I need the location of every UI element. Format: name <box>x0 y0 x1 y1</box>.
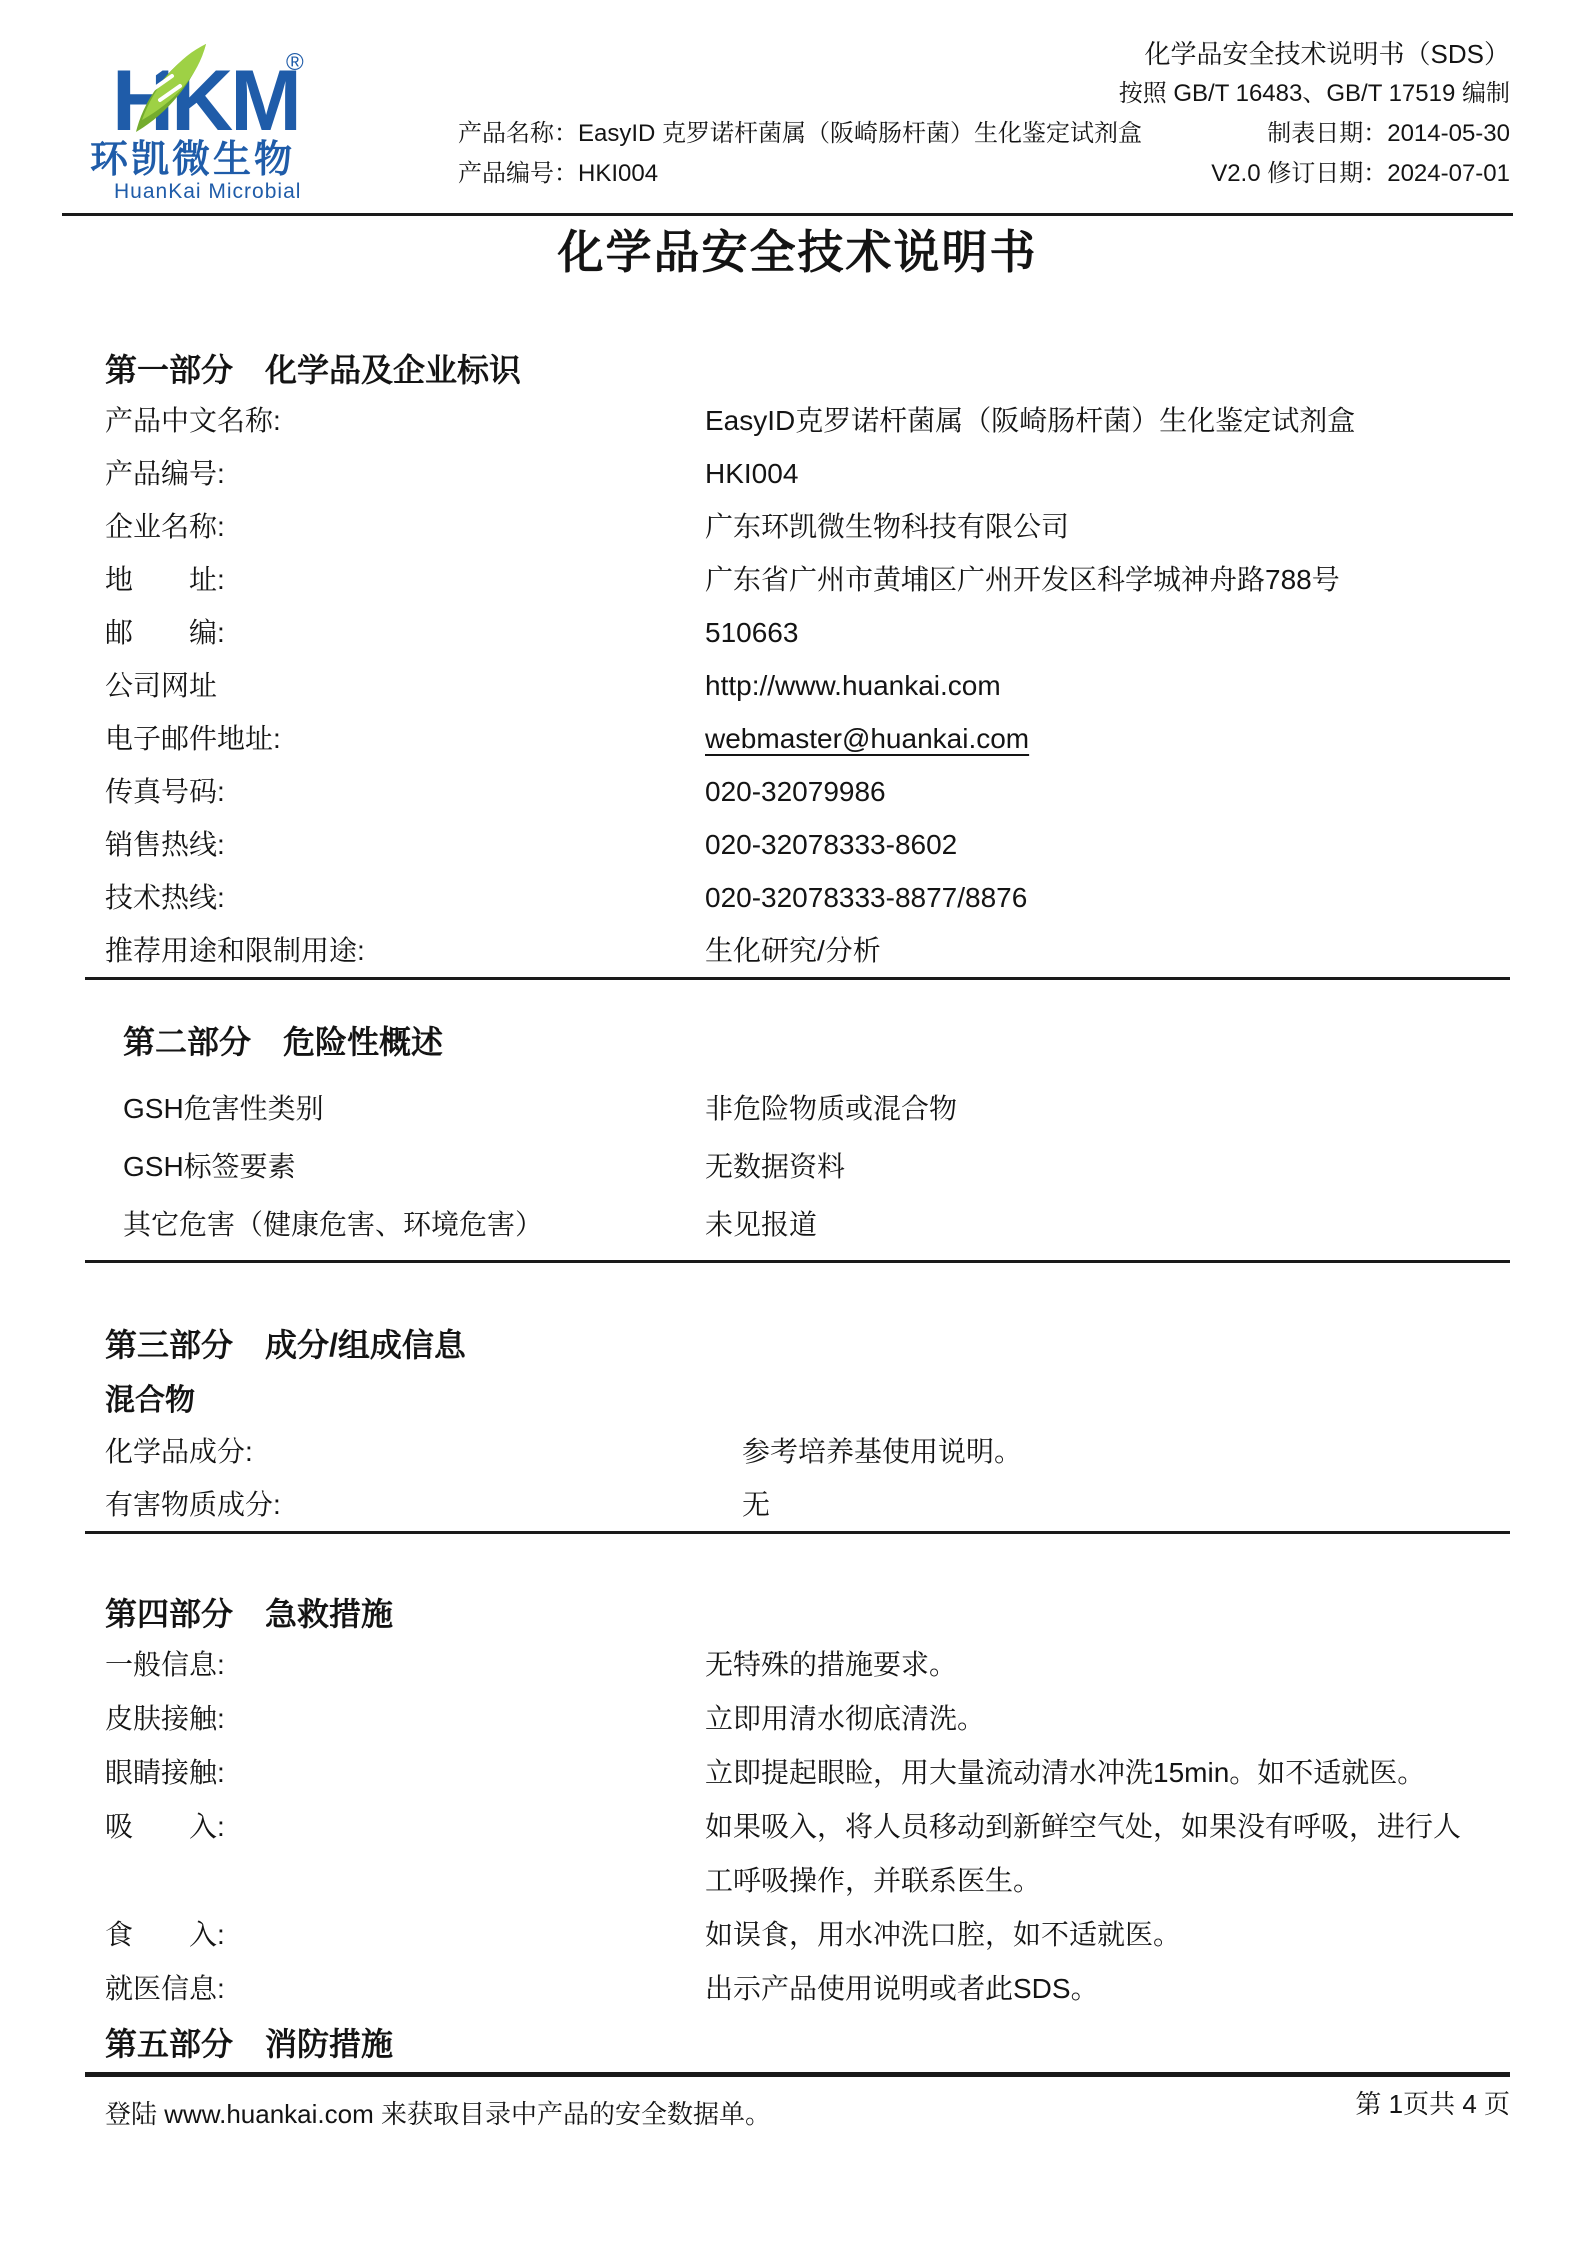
row-ingestion: 食 入: 如误食，用水冲洗口腔，如不适就医。 <box>85 1908 1510 1962</box>
header-divider <box>62 213 1513 216</box>
row-general-info: 一般信息: 无特殊的措施要求。 <box>85 1638 1510 1692</box>
header-doc-type: 化学品安全技术说明书（SDS） <box>458 34 1510 74</box>
row-inhalation: 吸 入: 如果吸入，将人员移动到新鲜空气处，如果没有呼吸，进行人工呼吸操作，并联… <box>85 1800 1510 1908</box>
footer-note: 登陆 www.huankai.com 来获取目录中产品的安全数据单。 <box>85 2097 771 2131</box>
field-value: 无 <box>742 1478 1510 1531</box>
field-label: 就医信息: <box>105 1962 705 2016</box>
field-label: 眼睛接触: <box>105 1746 705 1800</box>
field-value: HKI004 <box>705 447 1510 500</box>
row-email: 电子邮件地址: webmaster@huankai.com <box>85 712 1510 765</box>
field-label: 皮肤接触: <box>105 1692 705 1746</box>
field-label: 化学品成分: <box>105 1425 742 1478</box>
website-link[interactable]: http://www.huankai.com <box>705 659 1510 712</box>
registered-trademark-icon: ® <box>286 49 304 76</box>
field-value: 020-32079986 <box>705 765 1510 818</box>
field-value: 如果吸入，将人员移动到新鲜空气处，如果没有呼吸，进行人工呼吸操作，并联系医生。 <box>705 1800 1475 1908</box>
header-standard: 按照 GB/T 16483、GB/T 17519 编制 <box>458 74 1510 114</box>
field-value: 出示产品使用说明或者此SDS。 <box>705 1962 1510 2016</box>
field-value: 立即提起眼睑，用大量流动清水冲洗15min。如不适就医。 <box>705 1746 1510 1800</box>
field-value: EasyID克罗诺杆菌属（阪崎肠杆菌）生化鉴定试剂盒 <box>705 394 1510 447</box>
row-fax: 传真号码: 020-32079986 <box>85 765 1510 818</box>
row-ghs-class: GSH危害性类别 非危险物质或混合物 <box>85 1080 1510 1138</box>
field-value: 广东环凯微生物科技有限公司 <box>705 500 1510 553</box>
row-medical-info: 就医信息: 出示产品使用说明或者此SDS。 <box>85 1962 1510 2016</box>
row-product-code: 产品编号: HKI004 <box>85 447 1510 500</box>
row-address: 地 址: 广东省广州市黄埔区广州开发区科学城神舟路788号 <box>85 553 1510 606</box>
page-number: 第 1页共 4 页 <box>1355 2087 1510 2121</box>
logo-cn-name: 环凯微生物 <box>90 139 295 181</box>
field-label: 电子邮件地址: <box>105 712 705 765</box>
section-hazards-overview: 第二部分 危险性概述 GSH危害性类别 非危险物质或混合物 GSH标签要素 无数… <box>85 1022 1510 1263</box>
field-label: 传真号码: <box>105 765 705 818</box>
field-label: 其它危害（健康危害、环境危害） <box>123 1196 705 1254</box>
row-website: 公司网址 http://www.huankai.com <box>85 659 1510 712</box>
hkm-logo-graphic: HKM ® 环凯微生物 HuanKai Microbial <box>74 34 324 204</box>
field-value: 510663 <box>705 606 1510 659</box>
row-recommended-use: 推荐用途和限制用途: 生化研究/分析 <box>85 924 1510 977</box>
email-link[interactable]: webmaster@huankai.com <box>705 712 1510 765</box>
field-value: 无特殊的措施要求。 <box>705 1638 1510 1692</box>
section-first-aid: 第四部分 急救措施 一般信息: 无特殊的措施要求。 皮肤接触: 立即用清水彻底清… <box>85 1594 1510 2016</box>
field-label: 企业名称: <box>105 500 705 553</box>
field-value: 参考培养基使用说明。 <box>742 1425 1510 1478</box>
field-label: 有害物质成分: <box>105 1478 742 1531</box>
row-skin-contact: 皮肤接触: 立即用清水彻底清洗。 <box>85 1692 1510 1746</box>
logo-en-name: HuanKai Microbial <box>114 180 301 203</box>
field-label: 产品中文名称: <box>105 394 705 447</box>
section-fire-fighting: 第五部分 消防措施 <box>85 2024 1510 2064</box>
footer-divider <box>85 2072 1510 2077</box>
field-label: 一般信息: <box>105 1638 705 1692</box>
row-hazardous-components: 有害物质成分: 无 <box>85 1478 1510 1531</box>
field-label: 吸 入: <box>105 1800 705 1908</box>
section2-heading: 第二部分 危险性概述 <box>85 1022 1510 1062</box>
field-value: 无数据资料 <box>705 1138 1510 1196</box>
page-footer: 登陆 www.huankai.com 来获取目录中产品的安全数据单。 第 1页共… <box>85 2087 1510 2131</box>
row-sales-hotline: 销售热线: 020-32078333-8602 <box>85 818 1510 871</box>
section-composition: 第三部分 成分/组成信息 混合物 化学品成分: 参考培养基使用说明。 有害物质成… <box>85 1325 1510 1534</box>
header-info: 化学品安全技术说明书（SDS） 按照 GB/T 16483、GB/T 17519… <box>458 34 1510 194</box>
row-company-name: 企业名称: 广东环凯微生物科技有限公司 <box>85 500 1510 553</box>
field-label: 技术热线: <box>105 871 705 924</box>
section2-divider <box>85 1260 1510 1263</box>
row-product-cn-name: 产品中文名称: EasyID克罗诺杆菌属（阪崎肠杆菌）生化鉴定试剂盒 <box>85 394 1510 447</box>
header-made-date: 制表日期：2014-05-30 <box>1267 114 1510 154</box>
header-product-name: 产品名称：EasyID 克罗诺杆菌属（阪崎肠杆菌）生化鉴定试剂盒 <box>458 114 1142 154</box>
field-value: 立即用清水彻底清洗。 <box>705 1692 1510 1746</box>
section3-divider <box>85 1531 1510 1534</box>
section4-heading: 第四部分 急救措施 <box>85 1594 1510 1634</box>
field-label: 邮 编: <box>105 606 705 659</box>
field-label: 销售热线: <box>105 818 705 871</box>
field-label: 推荐用途和限制用途: <box>105 924 705 977</box>
field-label: 公司网址 <box>105 659 705 712</box>
row-chem-composition: 化学品成分: 参考培养基使用说明。 <box>85 1425 1510 1478</box>
row-ghs-label-elements: GSH标签要素 无数据资料 <box>85 1138 1510 1196</box>
field-value: 未见报道 <box>705 1196 1510 1254</box>
field-value: 020-32078333-8602 <box>705 818 1510 871</box>
row-eye-contact: 眼睛接触: 立即提起眼睑，用大量流动清水冲洗15min。如不适就医。 <box>85 1746 1510 1800</box>
section1-divider <box>85 977 1510 980</box>
row-postcode: 邮 编: 510663 <box>85 606 1510 659</box>
field-value: 如误食，用水冲洗口腔，如不适就医。 <box>705 1908 1510 1962</box>
section-identification: 第一部分 化学品及企业标识 产品中文名称: EasyID克罗诺杆菌属（阪崎肠杆菌… <box>85 350 1510 980</box>
section3-heading: 第三部分 成分/组成信息 <box>85 1325 1510 1365</box>
header-product-code: 产品编号：HKI004 <box>458 154 658 194</box>
field-value: 020-32078333-8877/8876 <box>705 871 1510 924</box>
row-other-hazards: 其它危害（健康危害、环境危害） 未见报道 <box>85 1196 1510 1254</box>
field-label: 地 址: <box>105 553 705 606</box>
row-tech-hotline: 技术热线: 020-32078333-8877/8876 <box>85 871 1510 924</box>
mixture-subheading: 混合物 <box>85 1377 1510 1425</box>
sds-page: HKM ® 环凯微生物 HuanKai Microbial 化学品安全技术说明书… <box>0 0 1587 2245</box>
hkm-logo: HKM ® 环凯微生物 HuanKai Microbial <box>74 34 324 204</box>
field-label: 食 入: <box>105 1908 705 1962</box>
logo-hkm-text: HKM <box>112 53 299 149</box>
field-value: 生化研究/分析 <box>705 924 1510 977</box>
field-value: 广东省广州市黄埔区广州开发区科学城神舟路788号 <box>705 553 1510 606</box>
header-code-row: 产品编号：HKI004 V2.0 修订日期：2024-07-01 <box>458 154 1510 194</box>
page-title: 化学品安全技术说明书 <box>85 228 1510 276</box>
header-product-row: 产品名称：EasyID 克罗诺杆菌属（阪崎肠杆菌）生化鉴定试剂盒 制表日期：20… <box>458 114 1510 154</box>
section5-heading: 第五部分 消防措施 <box>85 2024 1510 2064</box>
header-revision-date: V2.0 修订日期：2024-07-01 <box>1211 154 1510 194</box>
field-label: GSH危害性类别 <box>123 1080 705 1138</box>
field-label: GSH标签要素 <box>123 1138 705 1196</box>
field-value: 非危险物质或混合物 <box>705 1080 1510 1138</box>
field-label: 产品编号: <box>105 447 705 500</box>
document-body: 化学品安全技术说明书 第一部分 化学品及企业标识 产品中文名称: EasyID克… <box>85 228 1510 2131</box>
section1-heading: 第一部分 化学品及企业标识 <box>85 350 1510 390</box>
